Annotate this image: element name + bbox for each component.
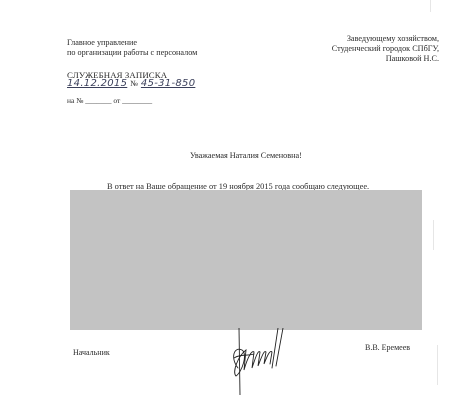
memo-date-number-line: 14.12.2015№45-31-850 bbox=[67, 79, 195, 89]
signatory-title: Начальник bbox=[73, 348, 110, 358]
signature-icon bbox=[228, 328, 308, 395]
redaction-block bbox=[70, 190, 422, 330]
sender-block: Главное управление по организации работы… bbox=[67, 38, 197, 58]
scan-edge-mark bbox=[430, 0, 431, 12]
signatory-name: В.В. Еремеев bbox=[365, 343, 410, 353]
sender-line-2: по организации работы с персоналом bbox=[67, 48, 197, 58]
scan-edge-mark bbox=[433, 220, 434, 250]
memo-date: 14.12.2015 bbox=[67, 78, 127, 89]
memo-number: 45-31-850 bbox=[141, 78, 195, 89]
reference-line: на № _______ от ________ bbox=[67, 96, 152, 106]
recipient-line-3: Пашковой Н.С. bbox=[332, 54, 439, 64]
recipient-line-2: Студенческий городок СПбГУ, bbox=[332, 44, 439, 54]
number-sign: № bbox=[130, 79, 138, 88]
greeting: Уважаемая Наталия Семеновна! bbox=[190, 151, 302, 161]
sender-line-1: Главное управление bbox=[67, 38, 197, 48]
recipient-line-1: Заведующему хозяйством, bbox=[332, 34, 439, 44]
recipient-block: Заведующему хозяйством, Студенческий гор… bbox=[332, 34, 439, 64]
scan-edge-mark bbox=[437, 345, 438, 385]
